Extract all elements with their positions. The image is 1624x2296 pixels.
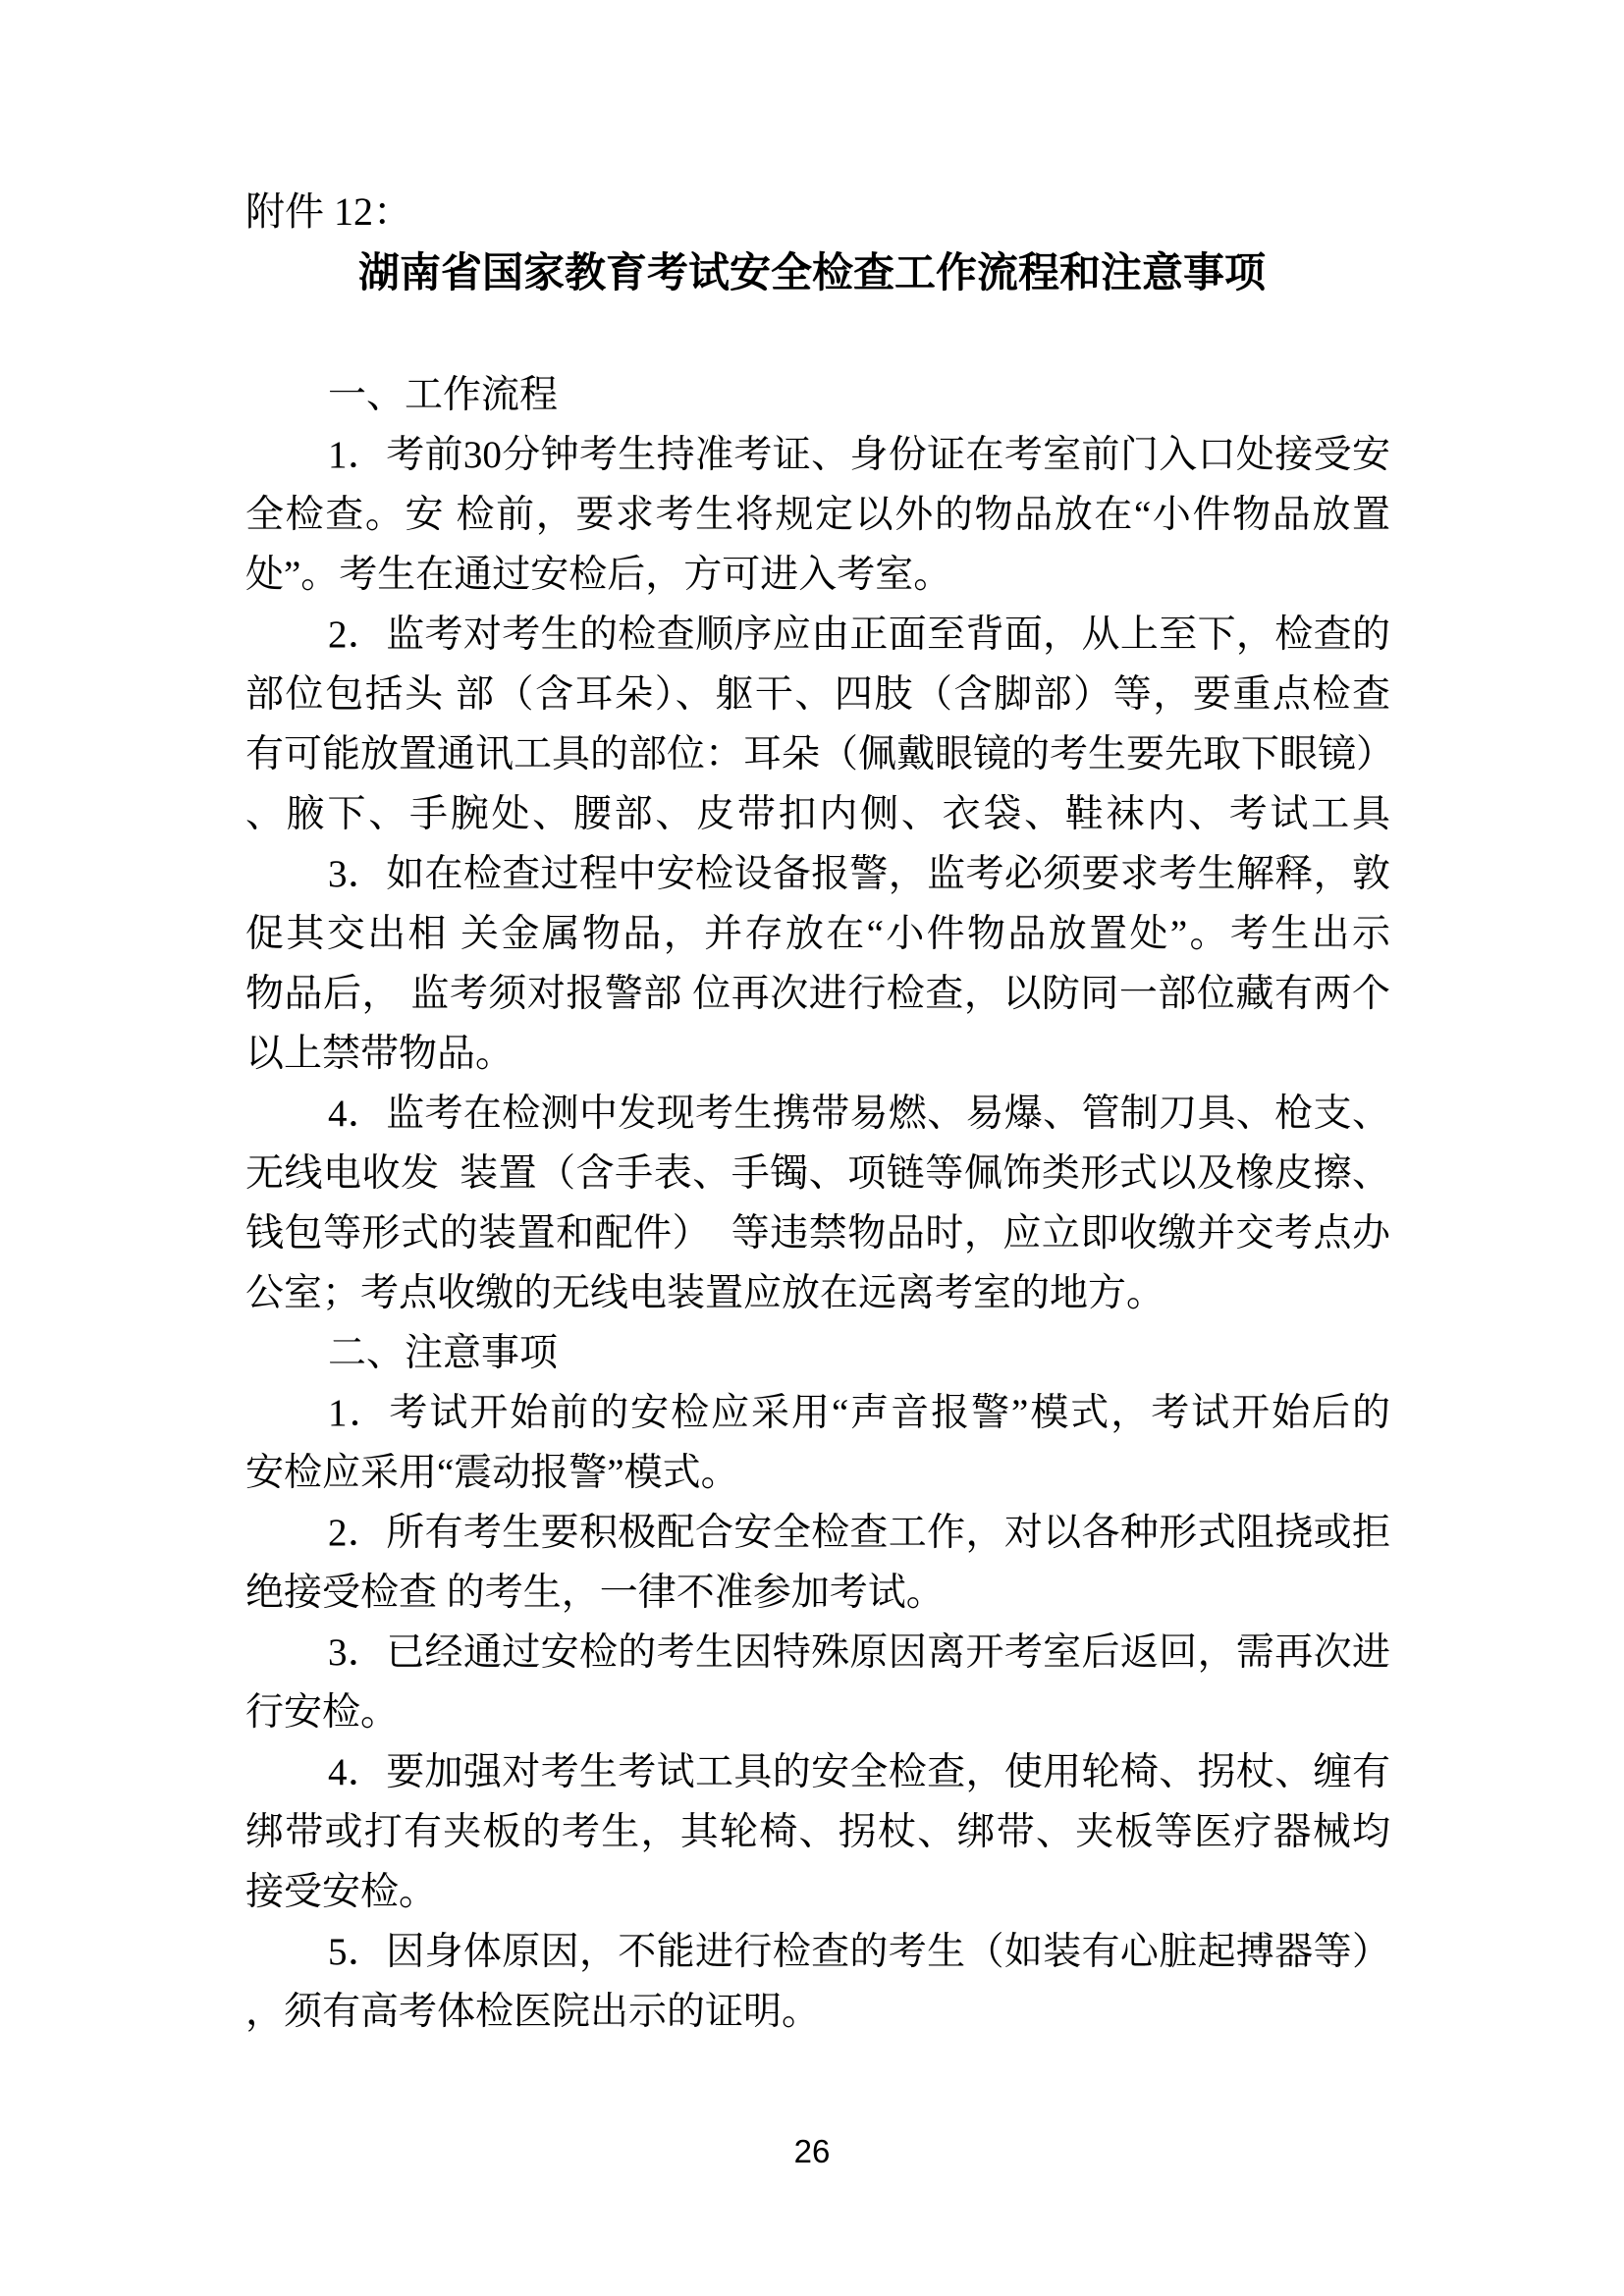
text-line: 一、工作流程 bbox=[245, 365, 1390, 425]
text-line: 二、注意事项 bbox=[245, 1323, 1390, 1383]
text-line: 行安检。 bbox=[245, 1682, 1390, 1742]
text-line: 3．如在检查过程中安检设备报警，监考必须要求考生解释，敦 bbox=[245, 844, 1390, 904]
text-line: 处”。考生在通过安检后，方可进入考室。 bbox=[245, 545, 1390, 605]
text-line: 全检查。安 检前，要求考生将规定以外的物品放在“小件物品放置 bbox=[245, 485, 1390, 545]
text-line: 1．考试开始前的安检应采用“声音报警”模式，考试开始后的 bbox=[245, 1383, 1390, 1443]
text-line: 绑带或打有夹板的考生，其轮椅、拐杖、绑带、夹板等医疗器械均应 bbox=[245, 1802, 1390, 1862]
text-line: 2．所有考生要积极配合安全检查工作，对以各种形式阻挠或拒 bbox=[245, 1503, 1390, 1563]
text-line: 2．监考对考生的检查顺序应由正面至背面，从上至下，检查的 bbox=[245, 605, 1390, 665]
attachment-label: 附件 12： bbox=[245, 188, 412, 236]
text-line: 1．考前30分钟考生持准考证、身份证在考室前门入口处接受安 bbox=[245, 425, 1390, 485]
text-line: 物品后， 监考须对报警部 位再次进行检查，以防同一部位藏有两个 bbox=[245, 964, 1390, 1024]
text-line: 3．已经通过安检的考生因特殊原因离开考室后返回，需再次进 bbox=[245, 1623, 1390, 1682]
text-line: 以上禁带物品。 bbox=[245, 1024, 1390, 1084]
text-line: 5．因身体原因，不能进行检查的考生（如装有心脏起搏器等） bbox=[245, 1922, 1390, 1982]
text-line: 钱包等形式的装置和配件） 等违禁物品时，应立即收缴并交考点办 bbox=[245, 1203, 1390, 1263]
text-line: 接受安检。 bbox=[245, 1862, 1390, 1922]
text-line: 有可能放置通讯工具的部位：耳朵（佩戴眼镜的考生要先取下眼镜） bbox=[245, 724, 1390, 784]
text-line: 促其交出相 关金属物品，并存放在“小件物品放置处”。考生出示 bbox=[245, 904, 1390, 964]
document-page: 附件 12： 湖南省国家教育考试安全检查工作流程和注意事项 一、工作流程1．考前… bbox=[0, 0, 1624, 2296]
text-line: 4．要加强对考生考试工具的安全检查，使用轮椅、拐杖、缠有 bbox=[245, 1742, 1390, 1802]
text-line: 4．监考在检测中发现考生携带易燃、易爆、管制刀具、枪支、 bbox=[245, 1084, 1390, 1144]
text-line: 无线电收发 装置（含手表、手镯、项链等佩饰类形式以及橡皮擦、 bbox=[245, 1144, 1390, 1203]
text-line: 公室；考点收缴的无线电装置应放在远离考室的地方。 bbox=[245, 1263, 1390, 1323]
document-body: 一、工作流程1．考前30分钟考生持准考证、身份证在考室前门入口处接受安全检查。安… bbox=[245, 365, 1390, 2042]
text-line: ，须有高考体检医院出示的证明。 bbox=[245, 1982, 1390, 2042]
document-title: 湖南省国家教育考试安全检查工作流程和注意事项 bbox=[240, 247, 1384, 300]
text-line: 绝接受检查 的考生，一律不准参加考试。 bbox=[245, 1563, 1390, 1623]
text-line: 、腋下、手腕处、腰部、皮带扣内侧、衣袋、鞋袜内、考试工具等。 bbox=[245, 784, 1390, 844]
text-line: 部位包括头 部（含耳朵）、躯干、四肢（含脚部）等，要重点检查 bbox=[245, 665, 1390, 724]
text-line: 安检应采用“震动报警”模式。 bbox=[245, 1443, 1390, 1503]
page-number: 26 bbox=[0, 2132, 1624, 2171]
